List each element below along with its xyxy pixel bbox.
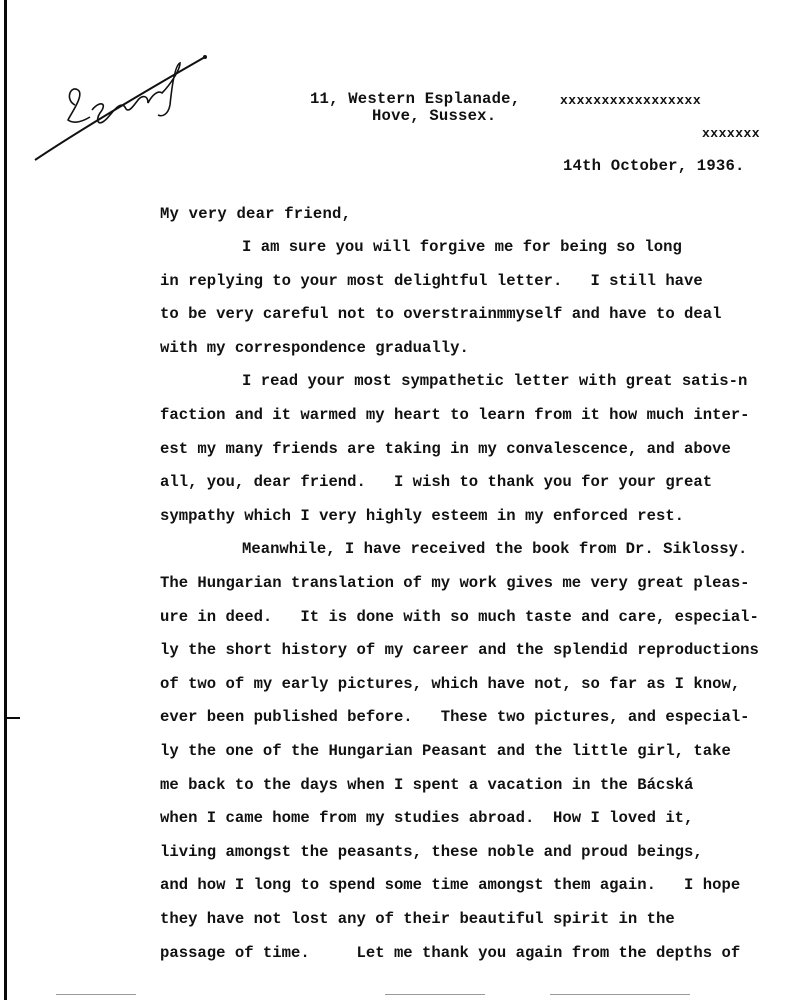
page-fold-mark [56,994,136,995]
letter-body-line: est my many friends are taking in my con… [160,442,731,458]
letter-body-line: The Hungarian translation of my work giv… [160,576,750,592]
letter-body-line: ever been published before. These two pi… [160,710,750,726]
letter-body-line: living amongst the peasants, these noble… [160,845,703,861]
letter-body-line: me back to the days when I spent a vacat… [160,778,693,794]
letter-body-line: I read your most sympathetic letter with… [242,374,747,390]
page-fold-mark [550,994,690,995]
struck-out-text-1: xxxxxxxxxxxxxxxxx [560,94,701,107]
struck-out-text-2: xxxxxxx [702,127,760,140]
page-fold-mark [385,994,485,995]
letter-body-line: of two of my early pictures, which have … [160,677,740,693]
letter-body-line: passage of time. Let me thank you again … [160,946,740,962]
handwritten-signature-icon [30,45,210,165]
letter-body-line: ly the one of the Hungarian Peasant and … [160,744,731,760]
letter-date: 14th October, 1936. [563,159,745,175]
letter-body-line: faction and it warmed my heart to learn … [160,408,750,424]
sender-address-line-1: 11, Western Esplanade, [310,92,520,108]
letter-body-line: sympathy which I very highly esteem in m… [160,509,684,525]
sender-address-line-2: Hove, Sussex. [372,109,496,125]
letter-body-line: with my correspondence gradually. [160,341,469,357]
salutation: My very dear friend, [160,207,351,223]
letter-body-line: and how I long to spend some time amongs… [160,878,740,894]
letter-body-line: they have not lost any of their beautifu… [160,912,675,928]
page-edge-mark [6,717,20,719]
letter-body-line: Meanwhile, I have received the book from… [242,542,747,558]
letter-body-line: I am sure you will forgive me for being … [242,240,682,256]
letter-body-line: to be very careful not to overstrainmmys… [160,307,721,323]
letter-body-line: all, you, dear friend. I wish to thank y… [160,475,712,491]
letter-body-line: ure in deed. It is done with so much tas… [160,610,759,626]
letter-body-line: when I came home from my studies abroad.… [160,811,693,827]
page-left-edge [4,0,7,1000]
letter-body-line: in replying to your most delightful lett… [160,274,703,290]
letter-body-line: ly the short history of my career and th… [160,643,759,659]
